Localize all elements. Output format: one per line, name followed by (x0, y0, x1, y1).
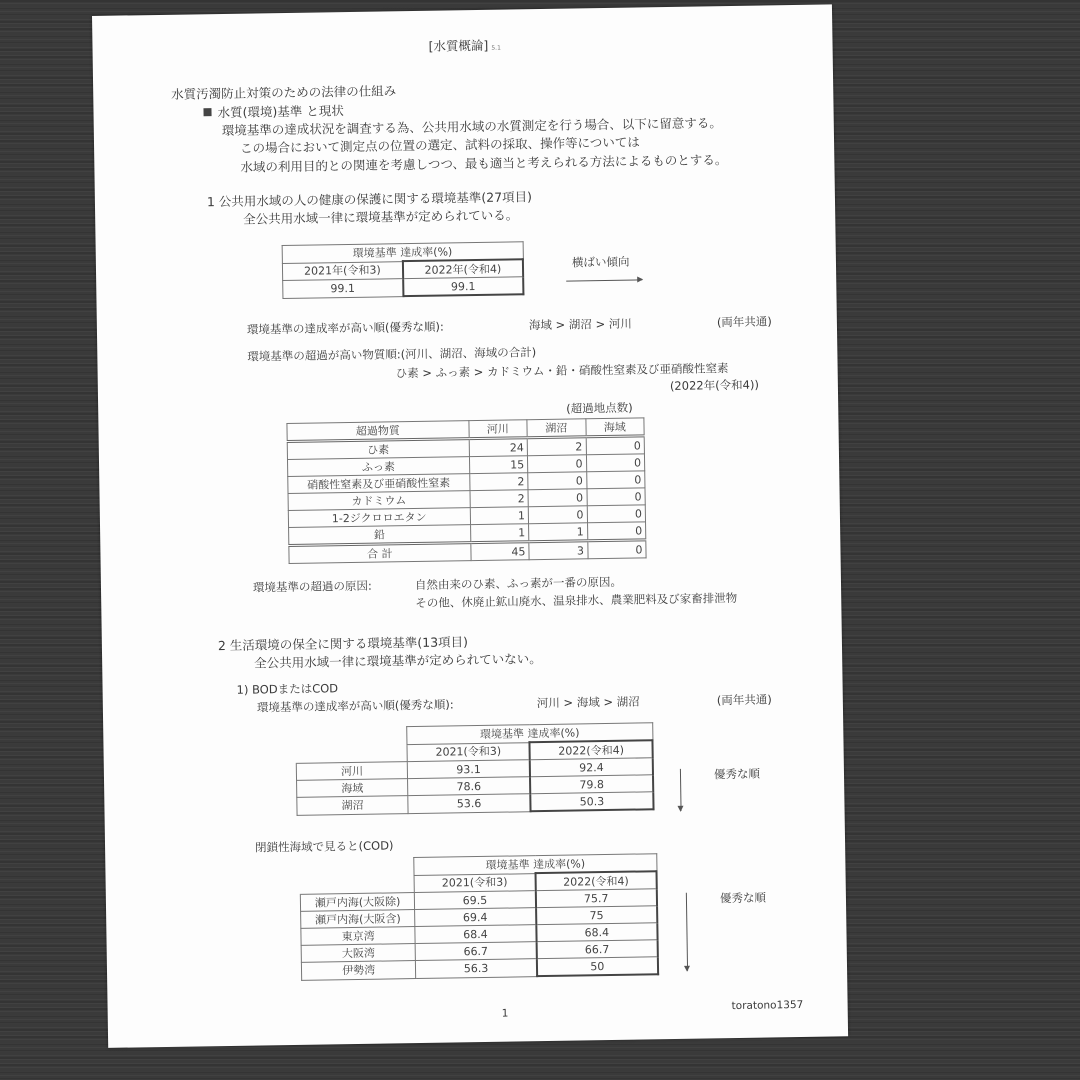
water-body: 湖沼 (297, 796, 409, 815)
trend-label: 横ばい傾向 (572, 254, 630, 271)
water-body: 海域 (297, 779, 409, 798)
col-header-river: 河川 (468, 420, 527, 439)
section-heading: 水質(環境)基準 と現状 (203, 103, 343, 121)
substance-table: 超過物質 河川 湖沼 海域 ひ素 24 2 0 ふっ素 15 0 0 硝酸性窒素… (286, 417, 646, 564)
intro-line-3: 水域の利用目的との関連を考慮しつつ、最も適当と考えられる方法によるものとする。 (240, 152, 727, 176)
sea-count: 0 (587, 505, 646, 523)
document-page: [水質概論]5.1 水質汚濁防止対策のための法律の仕組み 水質(環境)基準 と現… (92, 4, 848, 1047)
column-2021: 2021(令和3) (414, 873, 535, 892)
river-count: 1 (470, 507, 529, 525)
value-2021: 69.4 (415, 908, 536, 927)
sea-count: 0 (586, 454, 645, 472)
sea-count: 0 (586, 471, 645, 489)
header-title-text: [水質概論] (428, 38, 488, 54)
value-2022: 79.8 (530, 775, 653, 794)
section-heading-text: 水質(環境)基準 と現状 (217, 103, 343, 120)
blank-cell (296, 744, 408, 763)
lake-count: 0 (528, 472, 587, 490)
column-2022: 2022(令和4) (535, 871, 657, 890)
main-title: 水質汚濁防止対策のための法律の仕組み (171, 83, 396, 103)
value-2021: 69.5 (415, 891, 536, 910)
author-watermark: toratono1357 (732, 999, 804, 1012)
value-2021: 53.6 (408, 794, 531, 813)
ranking-note-1: (両年共通) (717, 313, 772, 330)
river-count: 24 (469, 438, 528, 457)
column-2021: 2021年(令和3) (282, 261, 403, 280)
col-header-lake: 湖沼 (527, 419, 586, 438)
ranking-value-1: 海域 > 湖沼 > 河川 (529, 316, 632, 334)
value-2021: 68.4 (415, 925, 536, 944)
right-arrow-icon (566, 279, 642, 281)
bod-cod-title: 1) BODまたはCOD (236, 680, 338, 698)
col-header-sea: 海域 (585, 418, 644, 437)
square-bullet-icon (203, 108, 211, 116)
river-count: 15 (469, 456, 528, 474)
bod-table: 環境基準 達成率(%) 2021(令和3) 2022(令和4) 河川 93.1 … (295, 722, 654, 816)
value-2022: 75.7 (535, 889, 657, 908)
down-arrow-icon (680, 769, 682, 811)
exceed-label: 環境基準の超過が高い物質順:(河川、湖沼、海域の合計) (247, 344, 536, 365)
blank-cell (296, 727, 408, 746)
value-2022: 75 (536, 906, 658, 925)
sea-count: 0 (587, 522, 646, 541)
value-2022: 99.1 (403, 277, 524, 296)
lake-count: 0 (528, 489, 587, 507)
lake-count: 0 (528, 506, 587, 524)
lake-count: 0 (527, 455, 586, 473)
substance-table-unit: (超過地点数) (566, 400, 633, 417)
column-2022: 2022(令和4) (530, 740, 653, 759)
order-label-1: 優秀な順 (714, 766, 760, 783)
cod-title: 閉鎖性海域で見ると(COD) (255, 837, 394, 855)
sea-total: 0 (587, 540, 646, 559)
cause-label: 環境基準の超過の原因: (253, 578, 372, 596)
column-2022: 2022年(令和4) (403, 259, 524, 278)
blank-cell (300, 875, 415, 894)
page-number: 1 (502, 1008, 509, 1020)
order-label-2: 優秀な順 (720, 890, 766, 907)
value-2021: 99.1 (283, 279, 404, 298)
ranking-label-2: 環境基準の達成率が高い順(優秀な順): (257, 696, 454, 715)
cause-line-2: その他、休廃止鉱山廃水、温泉排水、農業肥料及び家畜排泄物 (415, 590, 737, 611)
down-arrow-icon (686, 893, 688, 971)
river-total: 45 (470, 542, 529, 561)
value-2022: 50.3 (530, 792, 653, 811)
river-count: 2 (470, 490, 529, 508)
value-2021: 56.3 (416, 959, 537, 978)
sea-count: 0 (586, 488, 645, 506)
health-standard-table: 環境基準 達成率(%) 2021年(令和3) 2022年(令和4) 99.1 9… (282, 241, 525, 299)
river-count: 2 (469, 473, 528, 491)
section2-subtitle: 全公共用水域一律に環境基準が定められていない。 (254, 651, 542, 672)
sea-area: 伊勢湾 (301, 961, 416, 980)
sea-area: 瀬戸内海(大阪含) (301, 910, 416, 929)
sea-count: 0 (586, 436, 645, 455)
value-2021: 93.1 (408, 760, 531, 779)
value-2022: 50 (537, 957, 659, 976)
lake-count: 2 (527, 437, 586, 456)
value-2022: 66.7 (536, 940, 658, 959)
lake-total: 3 (529, 541, 588, 560)
sea-area: 東京湾 (301, 927, 416, 946)
water-body: 河川 (296, 762, 408, 781)
ranking-note-2: (両年共通) (717, 691, 772, 708)
value-2021: 66.7 (415, 942, 536, 961)
lake-count: 1 (529, 523, 588, 542)
total-label: 合 計 (289, 543, 471, 564)
sea-area: 瀬戸内海(大阪除) (300, 893, 415, 912)
section2-title: 2 生活環境の保全に関する環境基準(13項目) (218, 634, 468, 654)
value-2021: 78.6 (408, 777, 531, 796)
value-2022: 92.4 (530, 758, 653, 777)
column-2021: 2021(令和3) (407, 742, 530, 761)
ranking-value-2: 河川 > 海域 > 湖沼 (537, 693, 640, 711)
header-tag: 5.1 (491, 45, 501, 52)
ranking-label-1: 環境基準の達成率が高い順(優秀な順): (247, 319, 444, 338)
value-2022: 68.4 (536, 923, 658, 942)
cause-line-1: 自然由来のひ素、ふっ素が一番の原因。 (415, 574, 622, 593)
exceed-year: (2022年(令和4)) (670, 377, 759, 394)
river-count: 1 (470, 524, 529, 543)
header-title: [水質概論]5.1 (428, 38, 501, 58)
section1-subtitle: 全公共用水域一律に環境基準が定められている。 (243, 207, 518, 227)
sea-area: 大阪湾 (301, 944, 416, 963)
blank-cell (300, 858, 415, 877)
cod-table: 環境基準 達成率(%) 2021(令和3) 2022(令和4) 瀬戸内海(大阪除… (299, 853, 659, 981)
